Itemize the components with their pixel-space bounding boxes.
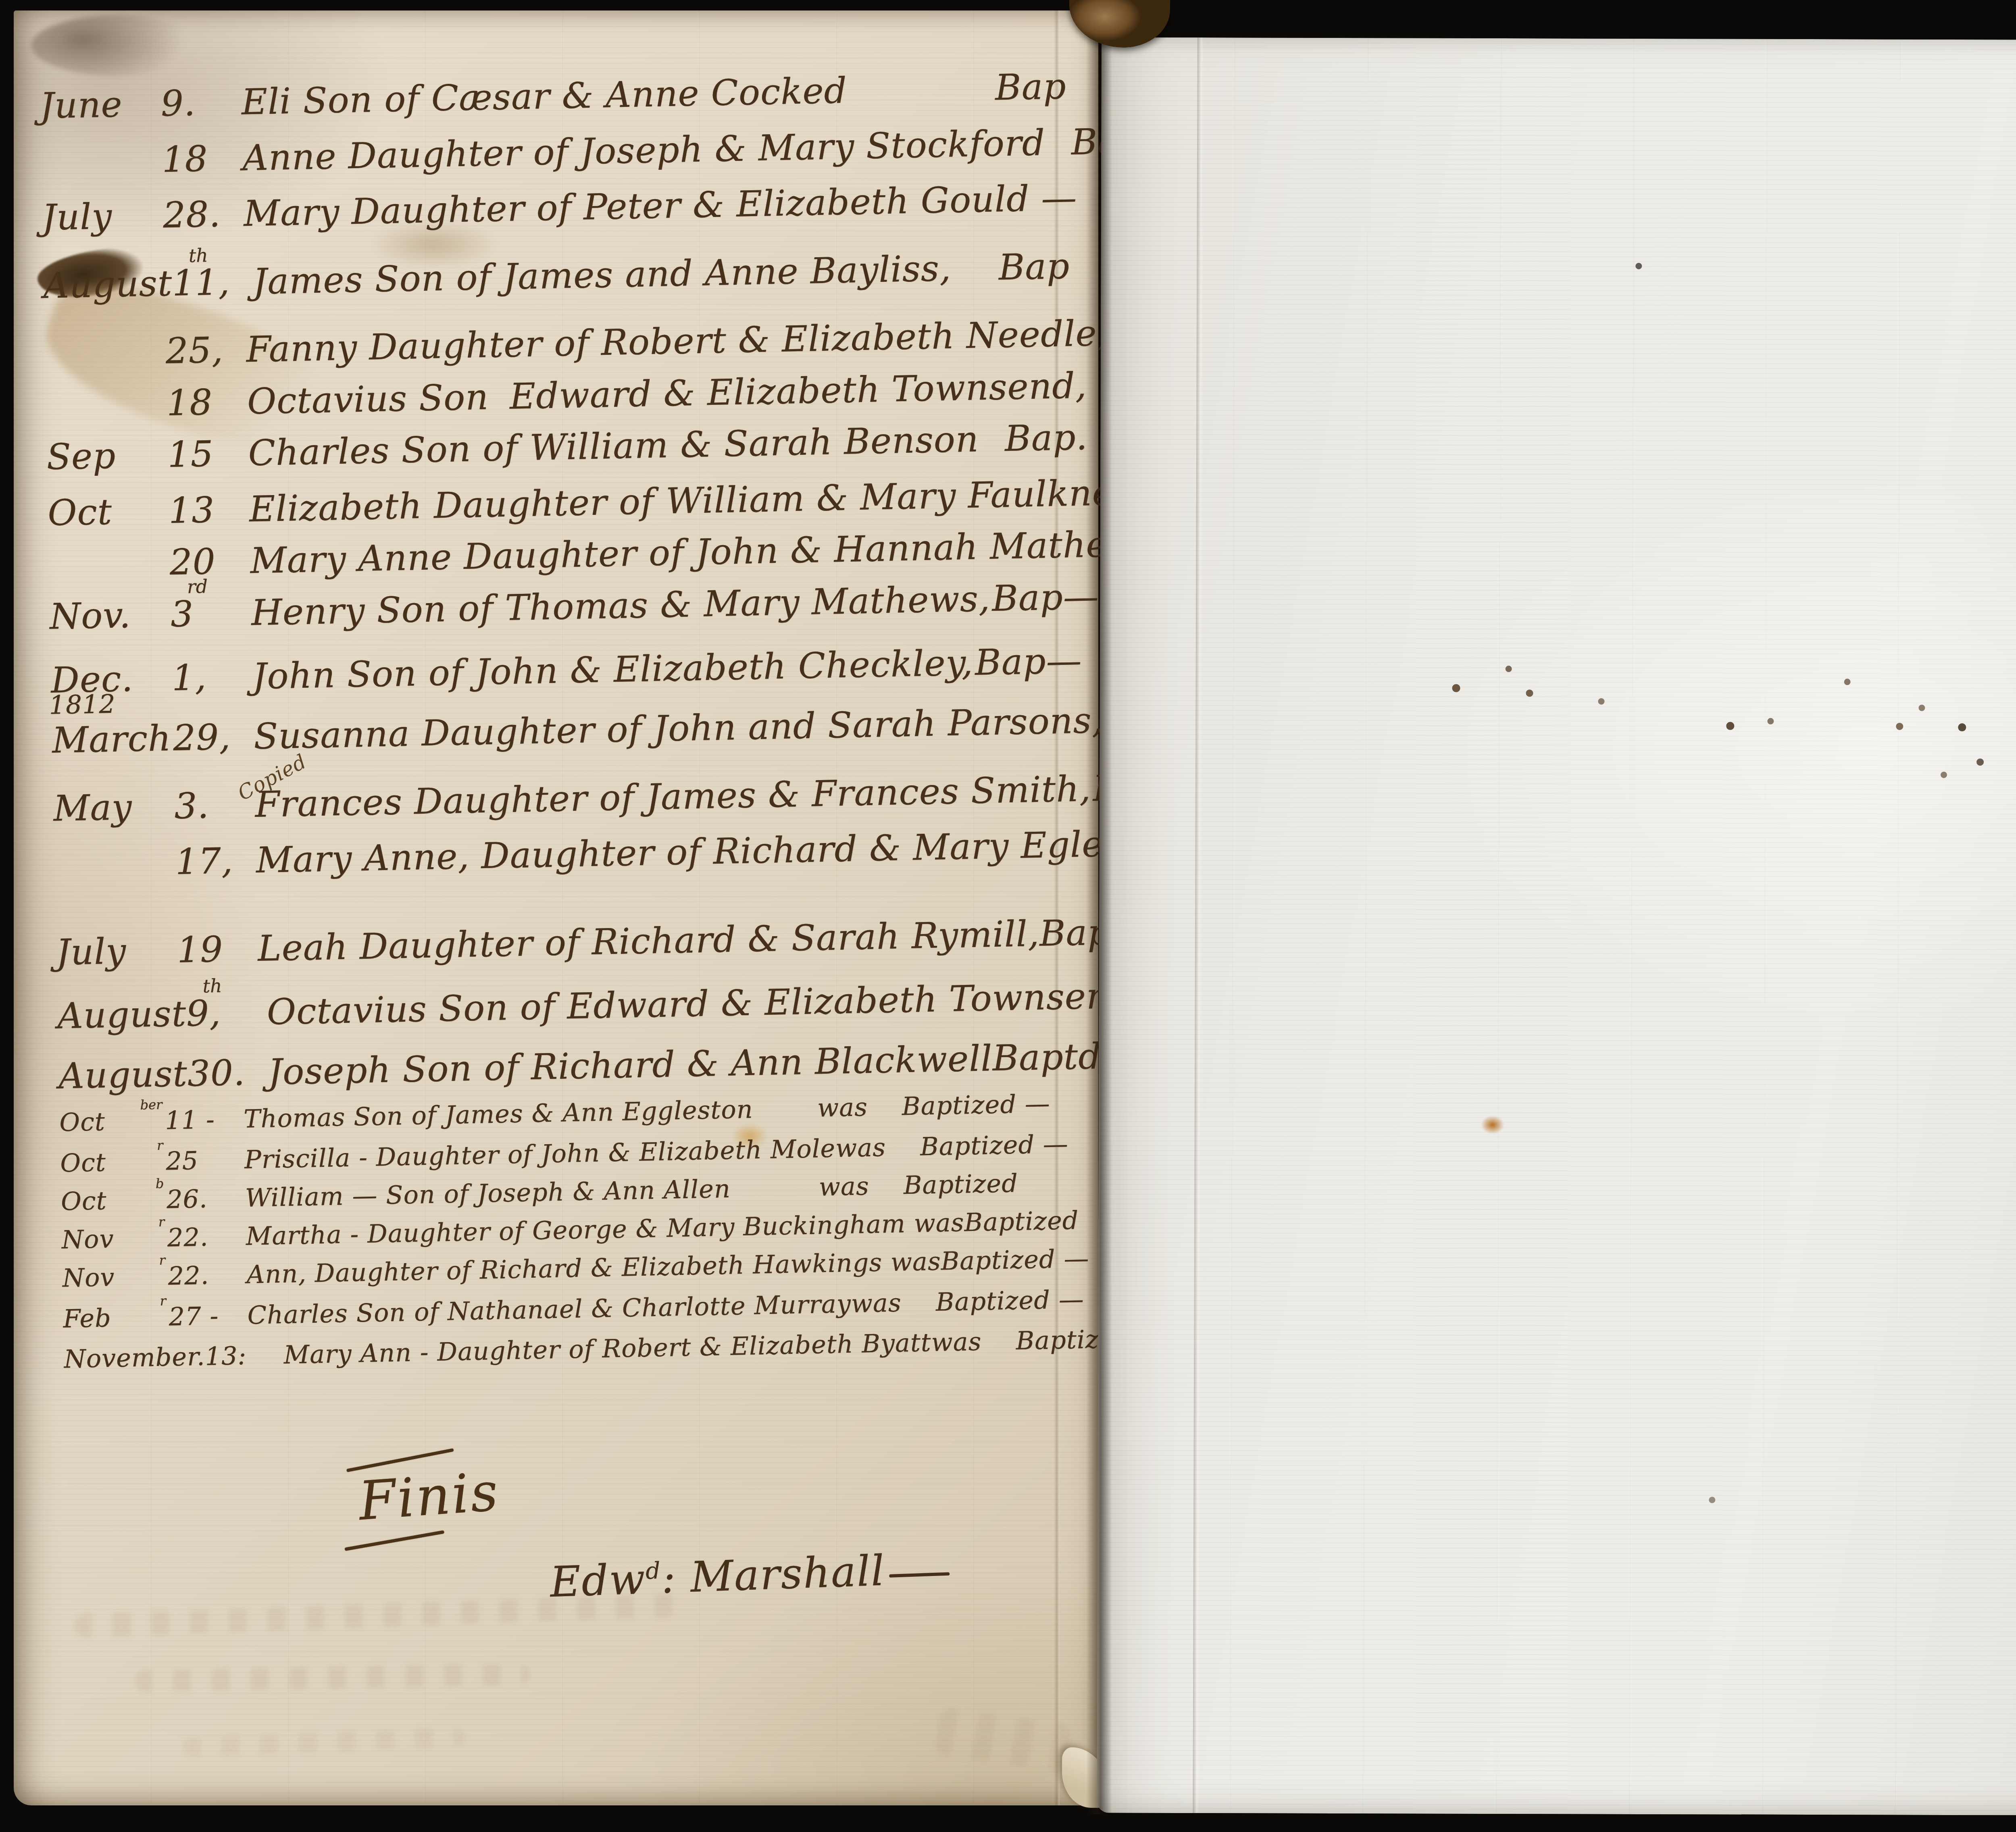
entry-day: 25 [166,1145,245,1175]
bleedthrough-ghost-text [183,1727,465,1757]
entry-day: 1, [171,657,253,698]
bleedthrough-ghost-text [934,1707,1073,1774]
entry-text: Frances Daughter of James & Frances Smit… [254,769,1091,824]
register-entry-row: Nov.3rdHenry Son of Thomas & Mary Mathew… [49,577,1082,637]
register-entry-row: 18Octavius SonEdward & Elizabeth Townsen… [45,366,1078,425]
bleedthrough-ghost-text [135,1663,530,1692]
entry-day: 22. [167,1222,246,1252]
entry-text: Mary Daughter of Peter & Elizabeth Gould… [243,178,1077,234]
entry-month: July [42,196,163,237]
registrar-signature: Edwd: Marshall [549,1544,950,1607]
entry-was: was [818,1171,904,1201]
entry-text: Priscilla - Daughter of John & Elizabeth… [244,1134,836,1174]
entry-month: March1812 [52,718,173,760]
entry-day: 15 [167,434,249,475]
entry-day: 26. [166,1184,245,1214]
entry-month [49,575,170,577]
entry-day: 27 - [169,1301,248,1331]
entry-text: James Son of James and Anne Bayliss, [252,248,952,302]
entry-month: Novr [62,1262,168,1293]
entry-day: 11 - [165,1105,244,1135]
register-entry-row: 17,Mary Anne, Daughter of Richard & Mary… [54,825,1087,885]
entry-day: 20 [169,541,251,583]
register-entry-row: 18Anne Daughter of Joseph & Mary Stockfo… [41,122,1073,182]
right-page: 4 [1097,37,2016,1815]
entry-day-superscript: th [188,245,208,266]
entry-text: Mary Anne, Daughter of Richard & Mary Eg… [256,822,1215,881]
entry-status: Baptized [903,1167,1093,1199]
entry-day: 25, [165,330,247,371]
entry-month: Nov. [49,595,171,637]
entry-month [45,363,166,366]
entry-day: 9,th [186,993,267,1034]
entry-day-superscript: rd [187,576,208,597]
entry-month: July [56,931,177,972]
entry-day: 28. [162,194,244,235]
entry-day: 17, [175,841,256,882]
register-entry-row: November.13:Mary Ann - Daughter of Rober… [64,1325,1096,1373]
signature-name-pre: Edw [549,1554,647,1607]
entry-text: Joseph Son of Richard & Ann Blackwell [268,1039,993,1092]
register-entry-row: Febr27 -Charles Son of Nathanael & Charl… [63,1284,1095,1333]
entry-was: was [817,1092,902,1122]
entry-text: Anne Daughter of Joseph & Mary Stockford [242,123,1045,178]
entry-month: Febr [63,1302,169,1333]
entry-status: Baptized — [920,1128,1110,1161]
entry-day: 9. [160,82,242,123]
register-entry-row: July19Leah Daughter of Richard & Sarah R… [56,913,1088,972]
entry-month [46,415,167,418]
entry-day: 3rd [170,593,252,634]
entry-text: Eli Son of Cæsar & Anne Cocked [241,71,848,122]
finis-block: Finis [346,1452,502,1544]
entry-month [41,172,162,174]
entry-text: Henry Son of Thomas & Mary Mathews, [251,579,990,633]
entry-status: Bap— [973,641,1088,683]
entry-month: Octb [60,1185,167,1216]
entry-month: Octr [60,1147,166,1177]
entry-month: Novr [61,1224,167,1254]
entry-month: November. [64,1342,205,1374]
baptism-entries-list: June9.Eli Son of Cæsar & Anne CockedBap1… [40,67,1096,1374]
register-entry-row: August11,thJames Son of James and Anne B… [43,246,1076,306]
entry-month-superscript: r [159,1253,165,1268]
entry-text: Octavius Son [247,377,489,422]
entry-month-superscript: b [155,1176,164,1191]
register-entry-row: July28.Mary Daughter of Peter & Elizabet… [42,178,1074,238]
register-entry-row: Dec.1,John Son of John & Elizabeth Check… [50,641,1083,701]
ink-scribble [498,382,500,409]
entry-status: Baptized [964,1205,1098,1237]
register-entry-row: Oct13Elizabeth Daughter of William & Mar… [47,473,1080,533]
corner-smudge-stain [31,15,201,76]
entry-month: August [57,994,187,1037]
entry-month: August [58,1054,188,1096]
signature-flourish [889,1572,950,1578]
entry-text: Charles Son of Nathanael & Charlotte Mur… [247,1289,852,1330]
entry-text: Ann, Daughter of Richard & Elizabeth Haw… [246,1247,941,1289]
register-entry-row: 25,Fanny Daughter of Robert & Elizabeth … [44,314,1077,374]
register-entry-row: Octber11 -Thomas Son of James & Ann Eggl… [59,1089,1092,1137]
register-entry-row: March181229,Susanna Daughter of John and… [52,701,1084,761]
entry-text: Octavius Son of Edward & Elizabeth Towns… [267,976,1145,1032]
entry-was: was [835,1132,920,1162]
entry-text: Martha - Daughter of George & Mary Bucki… [246,1208,964,1251]
entry-day: 29, [173,717,254,758]
entry-day: 19 [177,929,258,970]
manuscript-scan: June9.Eli Son of Cæsar & Anne CockedBap1… [0,0,2016,1832]
entry-month-superscript: r [158,1215,165,1230]
entry-text: Charles Son of William & Sarah Benson [248,420,979,473]
entry-status: Bap [960,246,1076,288]
register-entry-row: June9.Eli Son of Cæsar & Anne CockedBap [40,67,1072,126]
book-gutter-shadow [1086,8,1112,1814]
entry-status: Baptized — [902,1089,1091,1121]
entry-day: 30. [187,1052,269,1093]
entry-was: was [931,1326,1016,1357]
register-entry-row: August30.Joseph Son of Richard & Ann Bla… [58,1037,1091,1096]
gutter-fold-crease [1193,37,1204,1813]
entry-day: 11,th [172,262,253,303]
entry-text: Thomas Son of James & Ann Eggleston [244,1095,754,1134]
entry-day: 18 [166,382,248,423]
entry-month: Oct [47,491,169,533]
entry-text: Leah Daughter of Richard & Sarah Rymill, [257,914,1040,968]
entry-month: Octber [59,1106,165,1137]
register-entry-row: Novr22.Ann, Daughter of Richard & Elizab… [62,1244,1095,1293]
entry-status: Baptized — [941,1244,1095,1276]
orange-stain [1481,1116,1504,1134]
entry-text-continued: Edward & Elizabeth Townsend, [509,366,1087,416]
entry-text: Susanna Daughter of John and Sarah Parso… [253,701,1104,757]
entry-text: Mary Anne Daughter of John & Hannah Math… [250,524,1157,581]
entry-day: 22. [168,1260,247,1291]
signature-superscript: d [645,1557,662,1584]
entry-text: John Son of John & Elizabeth Checkley, [252,643,973,697]
register-entry-row: August9,thOctavius Son of Edward & Eliza… [57,977,1089,1037]
entry-text: Mary Ann - Daughter of Robert & Elizabet… [283,1328,931,1369]
entry-month: Sep [46,435,168,477]
entry-day: 13 [168,489,250,531]
entry-month: June [40,84,161,126]
signature-name-post: : Marshall [660,1546,886,1603]
entry-month: May [53,786,175,828]
register-entry-row: May3.CopiedFrances Daughter of James & F… [53,769,1085,829]
register-entry-row: Sep15Charles Son of William & Sarah Bens… [46,418,1079,477]
entry-day: 18 [162,138,243,179]
entry-text: Fanny Daughter of Robert & Elizabeth Nee… [246,313,1109,370]
entry-year: 1812 [49,690,116,720]
entry-text: William — Son of Joseph & Ann Allen [245,1174,731,1212]
entry-status: Bap. [978,417,1093,459]
entry-was: was [851,1288,936,1318]
entry-month-superscript: r [157,1138,163,1153]
entry-month-superscript: ber [140,1097,162,1113]
left-page: June9.Eli Son of Cæsar & Anne CockedBap1… [14,10,1098,1805]
entry-month: August [43,263,173,306]
entry-text: Elizabeth Daughter of William & Mary Fau… [249,473,1131,529]
entry-month [55,874,176,876]
entry-status: Bap [957,67,1073,108]
entry-day-superscript: th [202,976,222,997]
entry-day: 13: [205,1341,284,1371]
entry-month-superscript: r [160,1293,166,1308]
